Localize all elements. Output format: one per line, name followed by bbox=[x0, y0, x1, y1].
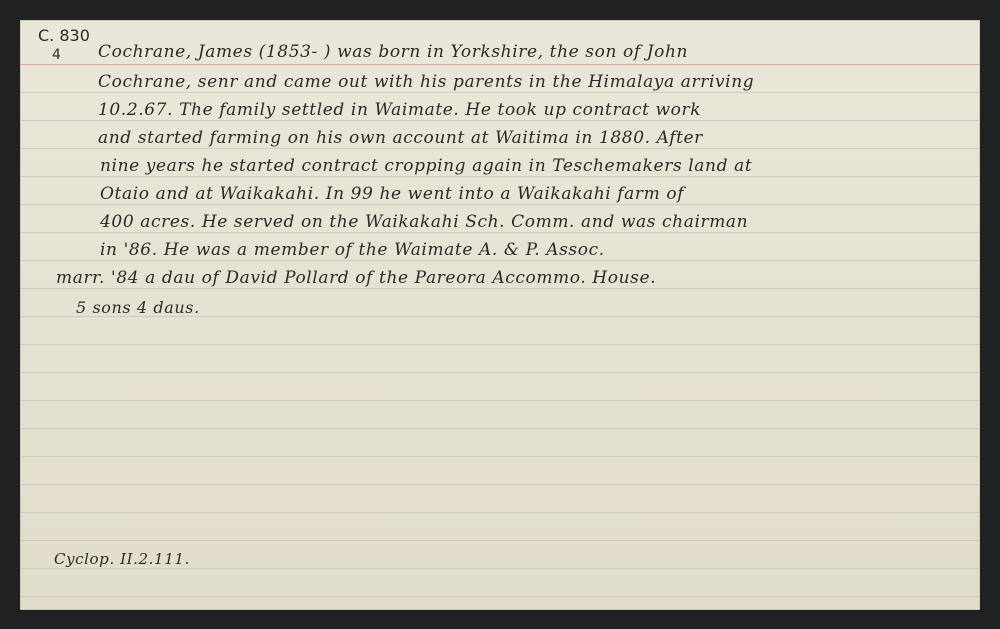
children-line: 5 sons 4 daus. bbox=[76, 300, 200, 316]
entry-line-2: Cochrane, senr and came out with his par… bbox=[98, 74, 754, 91]
ruled-line bbox=[20, 568, 980, 569]
reference-sub: 4 bbox=[52, 48, 61, 62]
ruled-line bbox=[20, 456, 980, 457]
entry-line-3: 10.2.67. The family settled in Waimate. … bbox=[98, 102, 701, 119]
marriage-line: marr. '84 a dau of David Pollard of the … bbox=[56, 270, 656, 287]
header-rule-red bbox=[20, 64, 980, 65]
ruled-line bbox=[20, 428, 980, 429]
ruled-line bbox=[20, 512, 980, 513]
ruled-line bbox=[20, 176, 980, 177]
ruled-line bbox=[20, 260, 980, 261]
ruled-line bbox=[20, 232, 980, 233]
ruled-line bbox=[20, 540, 980, 541]
entry-line-1: Cochrane, James (1853- ) was born in Yor… bbox=[98, 44, 688, 61]
ruled-line bbox=[20, 204, 980, 205]
index-card: C. 830 4 Cochrane, James (1853- ) was bo… bbox=[20, 20, 980, 610]
ruled-line bbox=[20, 372, 980, 373]
ruled-line bbox=[20, 288, 980, 289]
reference-number: C. 830 bbox=[38, 28, 90, 44]
entry-line-4: and started farming on his own account a… bbox=[98, 130, 703, 147]
entry-line-7: 400 acres. He served on the Waikakahi Sc… bbox=[100, 214, 748, 231]
ruled-line bbox=[20, 484, 980, 485]
entry-line-5: nine years he started contract cropping … bbox=[100, 158, 752, 175]
ruled-line bbox=[20, 120, 980, 121]
ruled-line bbox=[20, 344, 980, 345]
ruled-line bbox=[20, 400, 980, 401]
ruled-line bbox=[20, 92, 980, 93]
entry-line-6: Otaio and at Waikakahi. In 99 he went in… bbox=[100, 186, 684, 203]
source-citation: Cyclop. II.2.111. bbox=[54, 552, 190, 567]
entry-line-8: in '86. He was a member of the Waimate A… bbox=[100, 242, 605, 259]
ruled-line bbox=[20, 148, 980, 149]
scan-frame: C. 830 4 Cochrane, James (1853- ) was bo… bbox=[0, 0, 1000, 629]
ruled-line bbox=[20, 596, 980, 597]
